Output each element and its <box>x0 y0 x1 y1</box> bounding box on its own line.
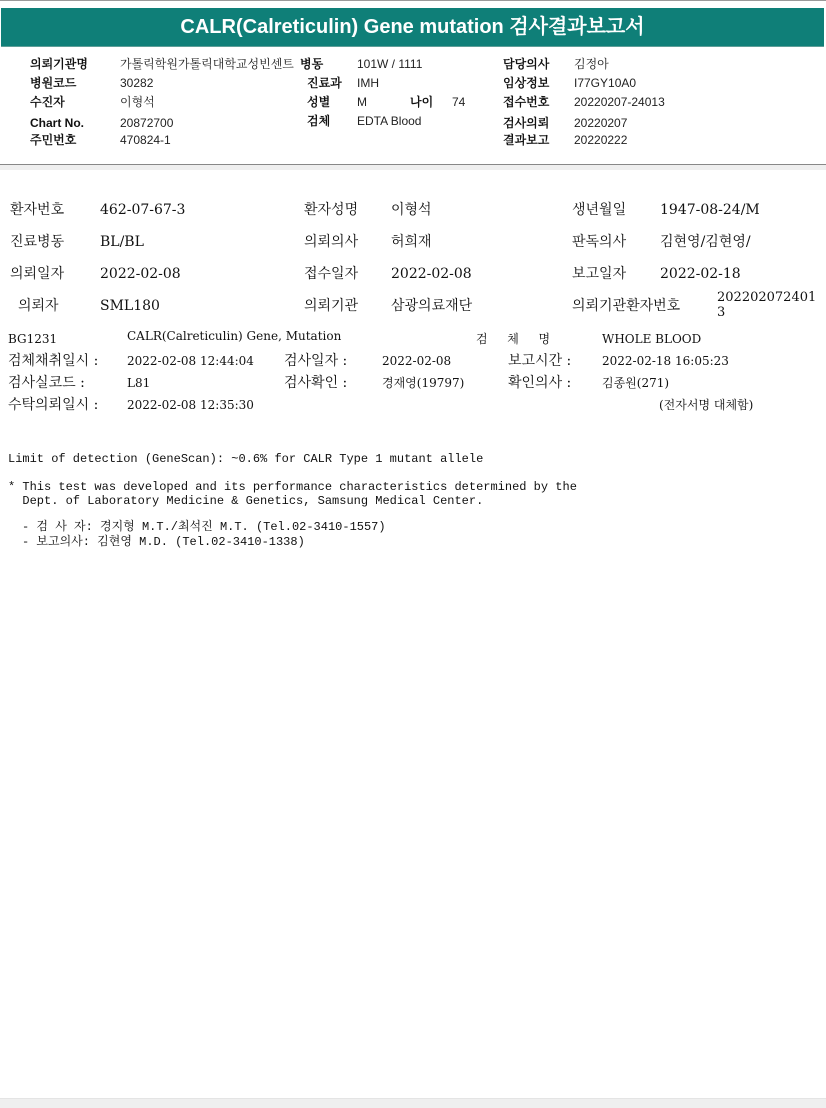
value-birthdate: 1947-08-24/M <box>660 202 760 218</box>
label-institution-patient-no: 의뢰기관환자번호 <box>572 298 680 314</box>
label-referral-time: 수탁의뢰일시 : <box>8 398 98 412</box>
value-patient-no: 462-07-67-3 <box>100 202 185 218</box>
value-ward: 101W / 1111 <box>357 57 422 71</box>
label-test-confirm: 검사확인 : <box>284 376 347 390</box>
label-confirm-doctor: 확인의사 : <box>508 376 571 390</box>
label-hospital-code: 병원코드 <box>30 76 76 90</box>
value-hospital-code: 30282 <box>120 76 153 90</box>
label-ward: 병동 <box>300 57 323 71</box>
label-resident-no: 주민번호 <box>30 133 76 147</box>
value-institution-patient-no-cont: 3 <box>717 306 725 320</box>
label-patient-no: 환자번호 <box>10 202 64 218</box>
label-reading-doctor: 판독의사 <box>572 234 626 250</box>
label-institution: 의뢰기관명 <box>30 57 88 71</box>
note-tester: - 검 사 자: 경지형 M.T./최석진 M.T. (Tel.02-3410-… <box>22 521 386 534</box>
value-reading-doctor: 김현영/김현영/ <box>660 234 751 250</box>
label-department: 진료과 <box>307 76 342 90</box>
value-receipt-no: 20220207-24013 <box>574 95 665 109</box>
report-title: CALR(Calreticulin) Gene mutation 검사결과보고서 <box>1 8 824 47</box>
value-institution-patient-no: 202202072401 <box>717 291 816 305</box>
label-report-time: 보고시간 : <box>508 354 571 368</box>
esign-note: (전자서명 대체함) <box>659 398 753 412</box>
value-test-confirm: 경재영(19797) <box>382 376 464 390</box>
value-sex: M <box>357 95 367 109</box>
value-test-request: 20220207 <box>574 116 627 130</box>
label-examinee: 수진자 <box>30 95 65 109</box>
note-disclaimer-line1: * This test was developed and its perfor… <box>8 481 577 494</box>
label-birthdate: 생년월일 <box>572 202 626 218</box>
label-specimen-name: 검 체 명 <box>476 332 554 346</box>
label-receipt-date: 접수일자 <box>304 266 358 282</box>
label-receipt-no: 접수번호 <box>503 95 549 109</box>
label-ward-code: 진료병동 <box>10 234 64 250</box>
note-reporter: - 보고의사: 김현영 M.D. (Tel.02-3410-1338) <box>22 536 305 549</box>
value-specimen-name: WHOLE BLOOD <box>602 332 701 346</box>
window-top-border <box>0 0 826 7</box>
label-clinical-info: 임상정보 <box>503 76 549 90</box>
value-lab-code: L81 <box>127 376 150 390</box>
value-chart-no: 20872700 <box>120 116 173 130</box>
label-age: 나이 <box>410 95 433 109</box>
label-request-date: 의뢰일자 <box>10 266 64 282</box>
value-referring-doctor: 허희재 <box>391 234 432 250</box>
value-requester: SML180 <box>100 298 160 314</box>
label-requesting-institution: 의뢰기관 <box>304 298 358 314</box>
value-result-report: 20220222 <box>574 133 627 147</box>
value-requesting-institution: 삼광의료재단 <box>391 298 472 314</box>
note-limit-of-detection: Limit of detection (GeneScan): ~0.6% for… <box>8 453 483 466</box>
value-request-date: 2022-02-08 <box>100 266 181 282</box>
label-requester: 의뢰자 <box>18 298 59 314</box>
value-ward-code: BL/BL <box>100 234 144 250</box>
label-specimen: 검체 <box>307 114 330 128</box>
header-divider-band <box>0 165 826 170</box>
value-collection-time: 2022-02-08 12:44:04 <box>127 354 254 368</box>
note-disclaimer-line2: Dept. of Laboratory Medicine & Genetics,… <box>8 495 483 508</box>
value-patient-name: 이형석 <box>391 202 432 218</box>
value-attending-doctor: 김정아 <box>574 57 609 71</box>
label-result-report: 결과보고 <box>503 133 549 147</box>
label-collection-time: 검체채취일시 : <box>8 354 98 368</box>
label-test-date: 검사일자 : <box>284 354 347 368</box>
label-lab-code: 검사실코드 : <box>8 376 85 390</box>
value-examinee: 이형석 <box>120 95 155 109</box>
value-test-date: 2022-02-08 <box>382 354 451 368</box>
test-name: CALR(Calreticulin) Gene, Mutation <box>127 329 341 343</box>
label-chart-no: Chart No. <box>30 116 84 130</box>
value-specimen: EDTA Blood <box>357 114 421 128</box>
bottom-scroll-area <box>0 1098 826 1108</box>
value-referral-time: 2022-02-08 12:35:30 <box>127 398 254 412</box>
label-patient-name: 환자성명 <box>304 202 358 218</box>
label-referring-doctor: 의뢰의사 <box>304 234 358 250</box>
value-department: IMH <box>357 76 379 90</box>
value-age: 74 <box>452 95 465 109</box>
value-clinical-info: I77GY10A0 <box>574 76 636 90</box>
label-attending-doctor: 담당의사 <box>503 57 549 71</box>
value-institution: 가톨릭학원가톨릭대학교성빈센트 <box>120 57 294 71</box>
value-report-time: 2022-02-18 16:05:23 <box>602 354 729 368</box>
value-confirm-doctor: 김종원(271) <box>602 376 669 390</box>
value-resident-no: 470824-1 <box>120 133 171 147</box>
label-test-request: 검사의뢰 <box>503 116 549 130</box>
value-receipt-date: 2022-02-08 <box>391 266 472 282</box>
test-code: BG1231 <box>8 332 57 346</box>
value-report-date: 2022-02-18 <box>660 266 741 282</box>
label-report-date: 보고일자 <box>572 266 626 282</box>
label-sex: 성별 <box>307 95 330 109</box>
